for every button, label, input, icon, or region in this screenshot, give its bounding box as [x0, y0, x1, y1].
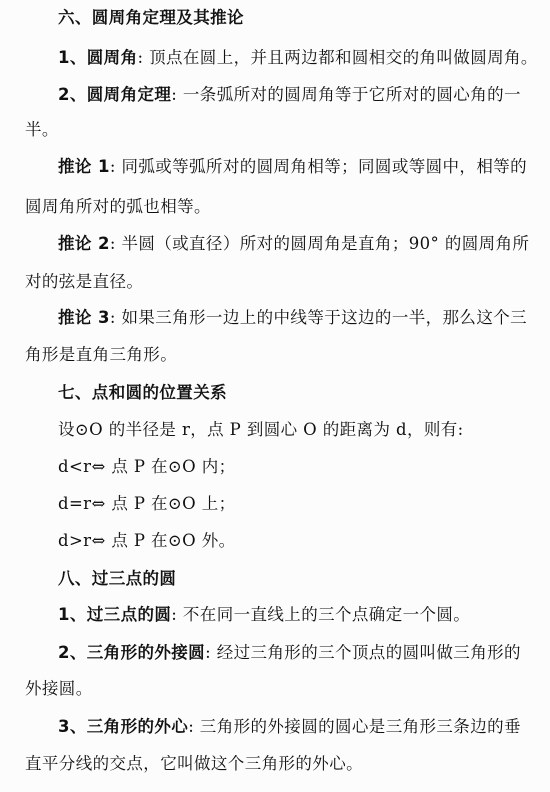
corollary-3-continuation: 角形是直角三角形。 — [25, 343, 530, 367]
definition-text: 经过三角形的三个顶点的圆叫做三角形的 — [217, 643, 521, 662]
circumcenter-definition: 3、三角形的外心: 三角形的外接圆的圆心是三角形三条边的垂 — [58, 715, 530, 739]
section-heading-7: 七、点和圆的位置关系 — [58, 381, 530, 405]
definition-text: 顶点在圆上，并且两边都和圆相交的角叫做圆周角。 — [149, 48, 538, 67]
corollary-text: 如果三角形一边上的中线等于这边的一半，那么这个三 — [121, 308, 527, 327]
term: 1、圆周角 — [58, 48, 137, 67]
separator: : — [188, 717, 200, 736]
position-inside: d<r⇔ 点 P 在⊙O 内； — [58, 455, 530, 479]
theorem-continuation: 半。 — [25, 118, 530, 142]
section-heading-6: 六、圆周角定理及其推论 — [58, 6, 530, 30]
document-page: 六、圆周角定理及其推论 1、圆周角: 顶点在圆上，并且两边都和圆相交的角叫做圆周… — [0, 0, 550, 792]
theorem-text: 一条弧所对的圆周角等于它所对的圆心角的一 — [183, 85, 521, 104]
definition-text: 三角形的外接圆的圆心是三角形三条边的垂 — [200, 717, 521, 736]
corollary-1: 推论 1: 同弧或等弧所对的圆周角相等；同圆或等圆中，相等的 — [58, 155, 530, 179]
circumcircle-continuation: 外接圆。 — [25, 677, 530, 701]
position-on: d=r⇔ 点 P 在⊙O 上； — [58, 492, 530, 516]
separator: : — [110, 157, 122, 176]
corollary-2-continuation: 对的弦是直径。 — [25, 270, 530, 294]
corollary-text: 半圆（或直径）所对的圆周角是直角；90° 的圆周角所 — [121, 234, 529, 253]
separator: : — [171, 85, 183, 104]
term: 2、三角形的外接圆 — [58, 643, 205, 662]
corollary-1-continuation: 圆周角所对的弧也相等。 — [25, 195, 530, 219]
separator: : — [137, 48, 149, 67]
term: 推论 3 — [58, 308, 110, 327]
circle-through-three-points: 1、过三点的圆: 不在同一直线上的三个点确定一个圆。 — [58, 603, 530, 627]
theorem-inscribed-angle: 2、圆周角定理: 一条弧所对的圆周角等于它所对的圆心角的一 — [58, 83, 530, 107]
position-outside: d>r⇔ 点 P 在⊙O 外。 — [58, 529, 530, 553]
term: 1、过三点的圆 — [58, 605, 171, 624]
term: 2、圆周角定理 — [58, 85, 171, 104]
corollary-2: 推论 2: 半圆（或直径）所对的圆周角是直角；90° 的圆周角所 — [58, 232, 530, 256]
section-heading-8: 八、过三点的圆 — [58, 567, 530, 591]
term: 推论 2 — [58, 234, 110, 253]
separator: : — [110, 234, 122, 253]
term: 3、三角形的外心 — [58, 717, 188, 736]
position-premise: 设⊙O 的半径是 r，点 P 到圆心 O 的距离为 d，则有: — [58, 418, 530, 442]
corollary-text: 同弧或等弧所对的圆周角相等；同圆或等圆中，相等的 — [121, 157, 527, 176]
separator: : — [110, 308, 122, 327]
definition-text: 不在同一直线上的三个点确定一个圆。 — [183, 605, 470, 624]
corollary-3: 推论 3: 如果三角形一边上的中线等于这边的一半，那么这个三 — [58, 306, 530, 330]
circumcircle-definition: 2、三角形的外接圆: 经过三角形的三个顶点的圆叫做三角形的 — [58, 641, 530, 665]
separator: : — [205, 643, 217, 662]
definition-inscribed-angle: 1、圆周角: 顶点在圆上，并且两边都和圆相交的角叫做圆周角。 — [58, 46, 530, 70]
circumcenter-continuation: 直平分线的交点，它叫做这个三角形的外心。 — [25, 752, 530, 776]
separator: : — [171, 605, 183, 624]
term: 推论 1 — [58, 157, 110, 176]
